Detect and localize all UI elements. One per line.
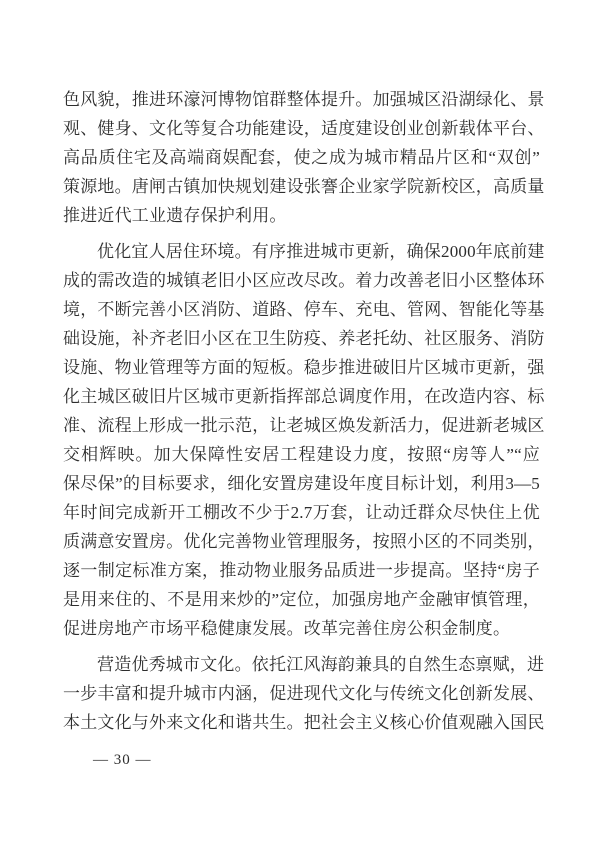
text-line: 本土文化与外来文化和谐共生。把社会主义核心价值观融入国民 — [63, 708, 540, 737]
text-line: 保尽保”的目标要求，细化安置房建设年度目标计划，利用3—5 — [63, 469, 540, 498]
text-line: 营造优秀城市文化。依托江风海韵兼具的自然生态禀赋，进 — [63, 650, 540, 679]
page-number: — 30 — — [93, 750, 152, 770]
document-page: 色风貌，推进环濠河博物馆群整体提升。加强城区沿湖绿化、景观、健身、文化等复合功能… — [0, 0, 600, 848]
paragraph: 营造优秀城市文化。依托江风海韵兼具的自然生态禀赋，进一步丰富和提升城市内涵，促进… — [63, 650, 540, 737]
text-line: 质满意安置房。优化完善物业管理服务，按照小区的不同类别， — [63, 527, 540, 556]
text-line: 准、流程上形成一批示范，让老城区焕发新活力，促进新老城区 — [63, 411, 540, 440]
text-line: 交相辉映。加大保障性安居工程建设力度，按照“房等人”“应 — [63, 440, 540, 469]
text-line: 一步丰富和提升城市内涵，促进现代文化与传统文化创新发展、 — [63, 679, 540, 708]
text-line: 设施、物业管理等方面的短板。稳步推进破旧片区城市更新，强 — [63, 353, 540, 382]
text-line: 境，不断完善小区消防、道路、停车、充电、管网、智能化等基 — [63, 295, 540, 324]
text-line: 成的需改造的城镇老旧小区应改尽改。着力改善老旧小区整体环 — [63, 266, 540, 295]
text-line: 推进近代工业遗存保护利用。 — [63, 201, 540, 230]
text-line: 化主城区破旧片区城市更新指挥部总调度作用，在改造内容、标 — [63, 382, 540, 411]
text-line: 年时间完成新开工棚改不少于2.7万套，让动迁群众尽快住上优 — [63, 498, 540, 527]
text-line: 是用来住的、不是用来炒的”定位，加强房地产金融审慎管理， — [63, 585, 540, 614]
paragraph: 色风貌，推进环濠河博物馆群整体提升。加强城区沿湖绿化、景观、健身、文化等复合功能… — [63, 85, 540, 230]
text-line: 优化宜人居住环境。有序推进城市更新，确保2000年底前建 — [63, 237, 540, 266]
text-line: 促进房地产市场平稳健康发展。改革完善住房公积金制度。 — [63, 614, 540, 643]
text-line: 观、健身、文化等复合功能建设，适度建设创业创新载体平台、 — [63, 114, 540, 143]
text-line: 逐一制定标准方案，推动物业服务品质进一步提高。坚持“房子 — [63, 556, 540, 585]
text-line: 策源地。唐闸古镇加快规划建设张謇企业家学院新校区，高质量 — [63, 172, 540, 201]
text-line: 高品质住宅及高端商娱配套，使之成为城市精品片区和“双创” — [63, 143, 540, 172]
paragraph: 优化宜人居住环境。有序推进城市更新，确保2000年底前建成的需改造的城镇老旧小区… — [63, 237, 540, 643]
document-body: 色风貌，推进环濠河博物馆群整体提升。加强城区沿湖绿化、景观、健身、文化等复合功能… — [63, 85, 540, 737]
text-line: 色风貌，推进环濠河博物馆群整体提升。加强城区沿湖绿化、景 — [63, 85, 540, 114]
text-line: 础设施，补齐老旧小区在卫生防疫、养老托幼、社区服务、消防 — [63, 324, 540, 353]
